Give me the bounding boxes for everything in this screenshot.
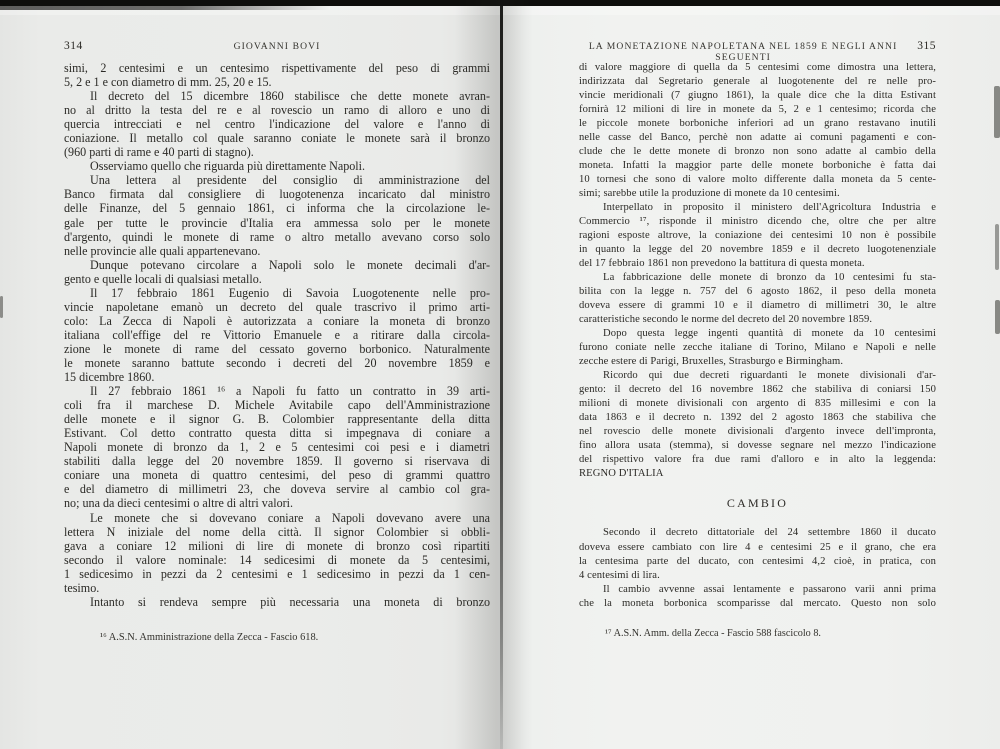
text-line: Il 27 febbraio 1861 ¹⁶ a Napoli fu fatto… [64, 384, 490, 398]
text-line: di valore maggiore di quella da 5 centes… [579, 61, 936, 75]
paragraph: Intanto si rendeva sempre più necessaria… [64, 595, 490, 609]
text-line: Il 17 febbraio 1861 Eugenio di Savoia Lu… [64, 286, 490, 300]
text-line: nelle provincie alle quali appartenevano… [64, 244, 490, 258]
text-line: 15 dicembre 1860. [64, 370, 490, 384]
text-line: Le monete che si dovevano coniare a Napo… [64, 511, 490, 525]
text-line: le monete saranno battute secondo i decr… [64, 356, 490, 370]
section-heading: CAMBIO [579, 496, 936, 510]
book-scan-photo: 314 GIOVANNI BOVI 314 simi, 2 centesimi … [0, 0, 1000, 749]
text-line: lettera N iniziale del nome della città.… [64, 525, 490, 539]
text-line: Dunque potevano circolare a Napoli solo … [64, 258, 490, 272]
text-line: italiana coll'effige del re Vittorio Ema… [64, 328, 490, 342]
text-line: Osserviamo quello che riguarda più diret… [64, 159, 490, 173]
text-line: la centesima parte del ducato, con cente… [579, 555, 936, 569]
running-header-left: 314 GIOVANNI BOVI 314 [64, 40, 490, 54]
text-line: zione le monete di rame del cessato gove… [64, 342, 490, 356]
text-line: Dopo questa legge ingenti quantità di mo… [579, 327, 936, 341]
text-line: delle Finanze, del 5 gennaio 1861, ci in… [64, 201, 490, 215]
text-line: coniare una moneta di quattro centesimi,… [64, 468, 490, 482]
paragraph: Il 17 febbraio 1861 Eugenio di Savoia Lu… [64, 286, 490, 384]
paragraph: Dunque potevano circolare a Napoli solo … [64, 258, 490, 286]
text-line: 5, 2 e 1 e con diametro di mm. 25, 20 e … [64, 75, 490, 89]
text-line: 4 centesimi di lira. [579, 569, 936, 583]
text-line: Intanto si rendeva sempre più necessaria… [64, 595, 490, 609]
text-line: del rispettivo valore fra due rami d'all… [579, 453, 936, 467]
text-line: moneta. Infatti la maggior parte delle m… [579, 159, 936, 173]
text-line: coli fra il marchese D. Michele Avitabil… [64, 398, 490, 412]
paragraph: Interpellato in proposito il ministero d… [579, 201, 936, 271]
text-line: La fabbricazione delle monete di bronzo … [579, 271, 936, 285]
text-line: fornirà 12 milioni di lire in monete da … [579, 103, 936, 117]
text-line: gava a coniare 12 milioni di lire di mon… [64, 539, 490, 553]
paragraph: Osserviamo quello che riguarda più diret… [64, 159, 490, 173]
paragraph: Le monete che si dovevano coniare a Napo… [64, 511, 490, 595]
page-number: 314 [64, 40, 83, 52]
paragraph: Secondo il decreto dittatoriale del 24 s… [579, 526, 936, 582]
scan-artifact [995, 224, 999, 270]
text-line: d'argento, quindi le monete di rame o al… [64, 230, 490, 244]
page-314: 314 GIOVANNI BOVI 314 simi, 2 centesimi … [64, 40, 490, 609]
text-line: Estivant. Col detto contratto questa dit… [64, 426, 490, 440]
text-line: secondo il valore nominale: 14 sedicesim… [64, 553, 490, 567]
running-title: LA MONETAZIONE NAPOLETANA NEL 1859 E NEG… [579, 41, 907, 63]
page-315: LA MONETAZIONE NAPOLETANA NEL 1859 E NEG… [579, 40, 936, 611]
text-line: (960 parti di rame e 40 parti di stagno)… [64, 145, 490, 159]
text-line: simi; sarebbe utile la produzione di mon… [579, 187, 936, 201]
paragraph: di valore maggiore di quella da 5 centes… [579, 61, 936, 201]
text-line: doveva essere cambiato con lire 4 e cent… [579, 541, 936, 555]
paragraph: Il cambio avvenne assai lentamente e pas… [579, 583, 936, 611]
text-line: delle monete e il signor G. B. Colombier… [64, 412, 490, 426]
text-line: le piccole monete borboniche inferiori a… [579, 117, 936, 131]
footnote: ¹⁶ A.S.N. Amministrazione della Zecca - … [64, 632, 526, 643]
paragraph: Ricordo qui due decreti riguardanti le m… [579, 369, 936, 481]
text-line: no; una da dieci centesimi o altre di al… [64, 496, 490, 510]
text-line: del 17 febbraio 1861 non prevedono la ba… [579, 257, 936, 271]
text-line: Il cambio avvenne assai lentamente e pas… [579, 583, 936, 597]
text-line: vincie napoletane emanò un decreto del q… [64, 300, 490, 314]
text-line: indirizzata dal Segretario generale al l… [579, 75, 936, 89]
paragraph: La fabbricazione delle monete di bronzo … [579, 271, 936, 327]
text-line: zecche estere di Parigi, Bruxelles, Stra… [579, 355, 936, 369]
scan-artifact [995, 300, 1000, 334]
paragraph: simi, 2 centesimi e un centesimo rispett… [64, 61, 490, 89]
page-body: di valore maggiore di quella da 5 centes… [579, 61, 936, 611]
text-line: CAMBIO [579, 496, 936, 510]
paragraph: Il 27 febbraio 1861 ¹⁶ a Napoli fu fatto… [64, 384, 490, 510]
text-line: 10 tornesi che sono di valore molto diff… [579, 173, 936, 187]
running-title: GIOVANNI BOVI [91, 41, 464, 52]
paragraph: Dopo questa legge ingenti quantità di mo… [579, 327, 936, 369]
page-body: simi, 2 centesimi e un centesimo rispett… [64, 61, 490, 609]
paragraph: Una lettera al presidente del consiglio … [64, 173, 490, 257]
paragraph: Il decreto del 15 dicembre 1860 stabilis… [64, 89, 490, 159]
text-line: Commercio ¹⁷, risponde il ministro dicen… [579, 215, 936, 229]
text-line: fino allora usata (stemma), si dovesse s… [579, 439, 936, 453]
text-line: e del diametro di millimetri 23, che dov… [64, 482, 490, 496]
text-line: data 1863 e il decreto n. 1392 del 2 ago… [579, 411, 936, 425]
text-line: Una lettera al presidente del consiglio … [64, 173, 490, 187]
text-line: stabiliti dalla legge del 20 novembre 18… [64, 454, 490, 468]
text-line: Napoli monete di bronzo da 1, 2 e 5 cent… [64, 440, 490, 454]
text-line: Ricordo qui due decreti riguardanti le m… [579, 369, 936, 383]
text-line: che la moneta borbonica scomparisse dal … [579, 597, 936, 611]
text-line: Banco firmata dal consigliere di luogote… [64, 187, 490, 201]
text-line: ragioni esposte altrove, la coniazione d… [579, 229, 936, 243]
text-line: gento e quelle locali di qualsiasi metal… [64, 272, 490, 286]
text-line: REGNO D'ITALIA [579, 467, 936, 481]
text-line: Il decreto del 15 dicembre 1860 stabilis… [64, 89, 490, 103]
text-line: nel rovescio delle monete divisionali d'… [579, 425, 936, 439]
text-line: doveva essere di grammi 10 e il diametro… [579, 299, 936, 313]
scan-artifact [0, 296, 3, 318]
page-number: 315 [917, 40, 936, 52]
text-line: Secondo il decreto dittatoriale del 24 s… [579, 526, 936, 540]
text-line: coniazione. Il metallo col quale saranno… [64, 131, 490, 145]
text-line: milioni di monete divisionali con argent… [579, 397, 936, 411]
running-header-right: LA MONETAZIONE NAPOLETANA NEL 1859 E NEG… [579, 40, 936, 54]
text-line: bilita con la legge n. 757 del 6 agosto … [579, 285, 936, 299]
footnote: ¹⁷ A.S.N. Amm. della Zecca - Fascio 588 … [579, 628, 962, 639]
text-line: clude che le dette monete di bronzo non … [579, 145, 936, 159]
scan-artifact [994, 86, 1000, 138]
text-line: gento: il decreto del 16 novembre 1862 c… [579, 383, 936, 397]
text-line: vincie meridionali (7 giugno 1861), la q… [579, 89, 936, 103]
text-line: simi, 2 centesimi e un centesimo rispett… [64, 61, 490, 75]
text-line: gale per tutte le provincie d'Italia era… [64, 216, 490, 230]
text-line: caratteristiche secondo le norme del dec… [579, 313, 936, 327]
text-line: colo: La Zecca di Napoli è autorizzata a… [64, 314, 490, 328]
text-line: Interpellato in proposito il ministero d… [579, 201, 936, 215]
text-line: tesimo. [64, 581, 490, 595]
text-line: quercia intrecciati e nel centro l'indic… [64, 117, 490, 131]
text-line: in quanto la legge del 20 novembre 1859 … [579, 243, 936, 257]
text-line: 1 sedicesimo in pezzi da 2 centesimi e 1… [64, 567, 490, 581]
text-line: furono coniate nelle zecche italiane di … [579, 341, 936, 355]
text-line: no al dritto la testa del re e al rovesc… [64, 103, 490, 117]
text-line: nelle casse del Banco, perchè non adatte… [579, 131, 936, 145]
